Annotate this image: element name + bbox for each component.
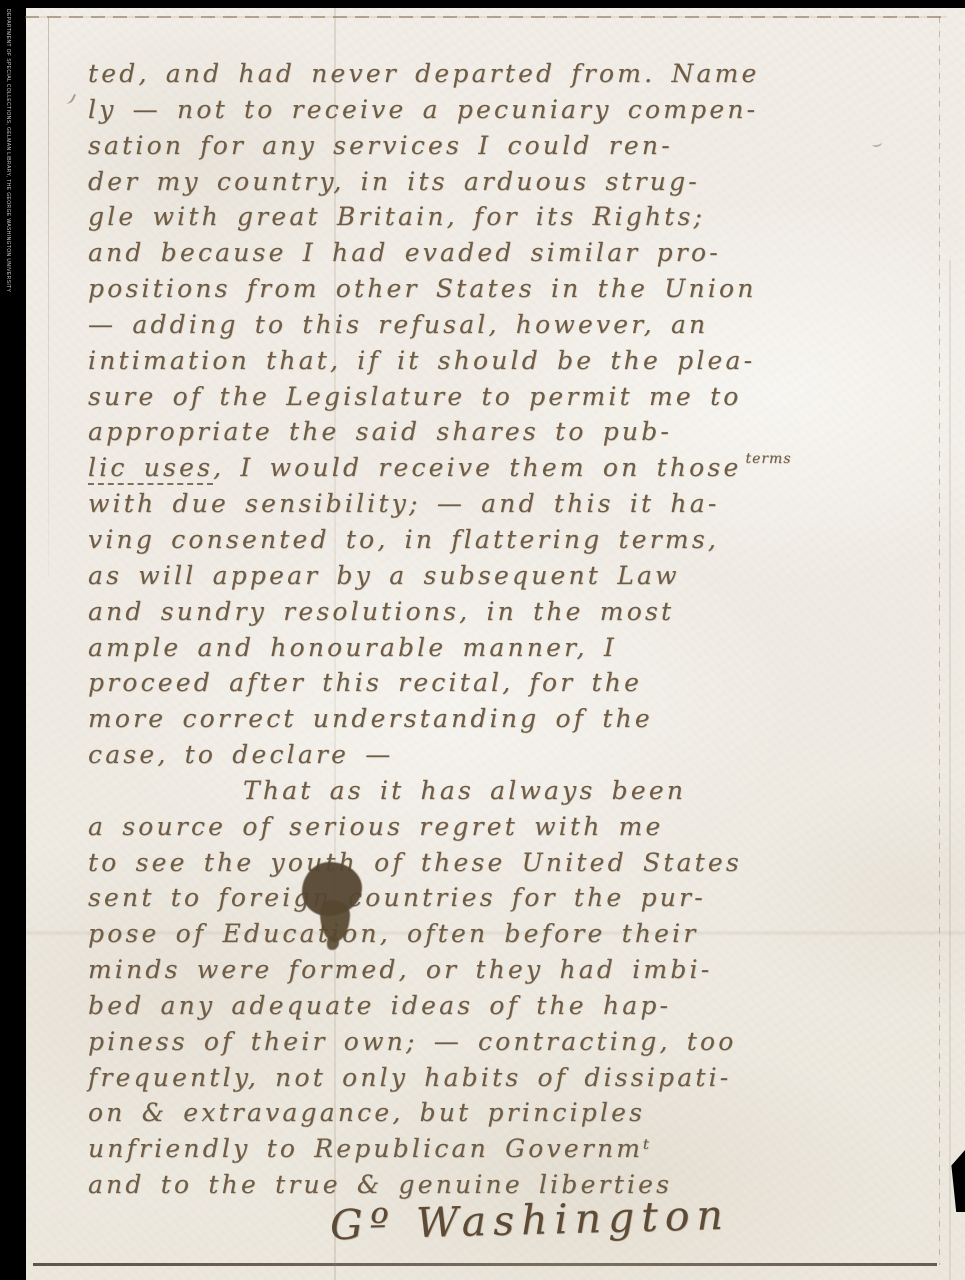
manuscript-line: ample and honourable manner, I [88, 630, 948, 666]
manuscript-line: on & extravagance, but principles [88, 1095, 948, 1131]
interlinear-insertion: terms [745, 451, 791, 467]
manuscript-line: sation for any services I could ren- [88, 128, 948, 164]
manuscript-line: more correct understanding of the [88, 701, 948, 737]
archive-credit-stamp: DEPARTMENT OF SPECIAL COLLECTIONS, GELMA… [5, 9, 11, 292]
manuscript-line: ted, and had never departed from. Name [88, 56, 948, 92]
manuscript-line: as will appear by a subsequent Law [88, 558, 948, 594]
manuscript-line: and sundry resolutions, in the most [88, 594, 948, 630]
manuscript-line: a source of serious regret with me [88, 809, 948, 845]
manuscript-line: sent to foreign countries for the pur- [88, 880, 948, 916]
manuscript-line: gle with great Britain, for its Rights; [88, 199, 948, 235]
manuscript-line: piness of their own; — contracting, too [88, 1024, 948, 1060]
manuscript-line: positions from other States in the Union [88, 271, 948, 307]
manuscript-line: proceed after this recital, for the [88, 665, 948, 701]
manuscript-line: ving consented to, in flattering terms, [88, 522, 948, 558]
manuscript-line: and because I had evaded similar pro- [88, 235, 948, 271]
manuscript-line: frequently, not only habits of dissipati… [88, 1060, 948, 1096]
ruled-border-top [25, 16, 947, 18]
right-fold-crease [949, 260, 951, 1280]
manuscript-line: to see the youth of these United States [88, 845, 948, 881]
manuscript-line: lic uses, I would receive them on thoset… [88, 450, 948, 486]
scanned-document-page: { "archive_stamp": { "label": "DEPARTMEN… [0, 0, 965, 1280]
manuscript-line: case, to declare — [88, 737, 948, 773]
manuscript-line: pose of Education, often before their [88, 916, 948, 952]
manuscript-line: sure of the Legislature to permit me to [88, 379, 948, 415]
manuscript-line: with due sensibility; — and this it ha- [88, 486, 948, 522]
manuscript-line: ly — not to receive a pecuniary compen- [88, 92, 948, 128]
underlined-phrase: lic uses [88, 453, 213, 485]
manuscript-line: unfriendly to Republican Governmᵗ [88, 1131, 948, 1167]
ruled-border-left [48, 17, 49, 577]
ruled-border-bottom [33, 1263, 937, 1266]
manuscript-line: bed any adequate ideas of the hap- [88, 988, 948, 1024]
manuscript-line: — adding to this refusal, however, an [88, 307, 948, 343]
manuscript-line: intimation that, if it should be the ple… [88, 343, 948, 379]
manuscript-line: der my country, in its arduous strug- [88, 164, 948, 200]
manuscript-line: minds were formed, or they had imbi- [88, 952, 948, 988]
manuscript-line: appropriate the said shares to pub- [88, 414, 948, 450]
manuscript-text: ted, and had never departed from. Namely… [88, 56, 948, 1203]
manuscript-line: That as it has always been [88, 773, 948, 809]
